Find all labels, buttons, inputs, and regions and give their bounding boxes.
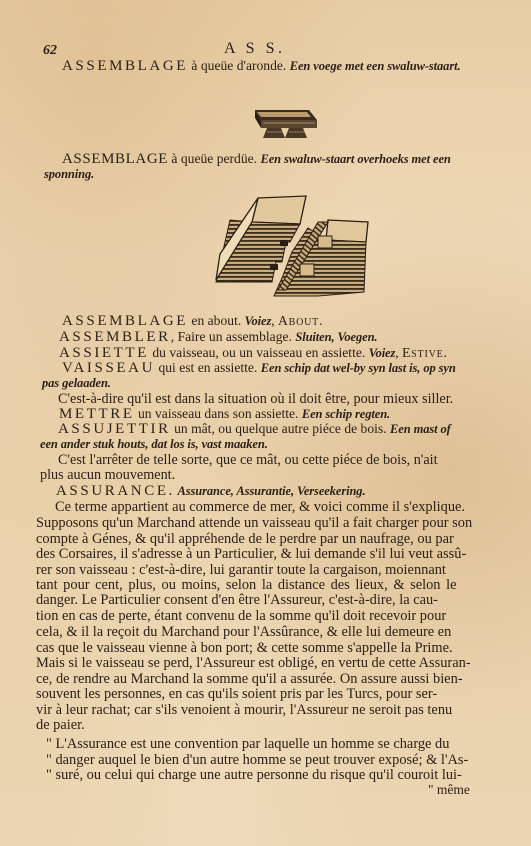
entry-headword: ASSEMBLER: [59, 329, 171, 345]
catchword: " même: [428, 782, 470, 798]
paragraph-line: Mais si le vaisseau se perd, l'Assureur …: [36, 655, 471, 671]
entry-dutch: Sluiten, Voegen.: [295, 330, 377, 344]
entry-headword: VAISSEAU: [62, 360, 155, 376]
paragraph-line: de paier.: [36, 717, 85, 733]
entry-explanation: C'est l'arrêter de telle sorte, que ce m…: [58, 452, 438, 468]
paragraph-line: des Corsaires, il s'adresse à un Particu…: [36, 546, 466, 562]
page-number: 62: [43, 43, 57, 59]
entry-dutch: Een schip dat wel-by syn last is, op syn: [261, 361, 456, 375]
entry-headword: ASSUJETTIR: [58, 421, 171, 437]
paragraph-line: cela, & il la reçoit du Marchand pour l'…: [36, 624, 451, 640]
entry-dutch: Voiez: [245, 314, 272, 328]
entry-assemblage-en-about: ASSEMBLAGE en about. Voiez, About.: [62, 313, 323, 329]
paragraph-line: cas que le vaisseau vienne à bon port; &…: [36, 640, 453, 656]
entry-vaisseau: VAISSEAU qui est en assiette. Een schip …: [62, 360, 456, 376]
quotation-line: " suré, ou celui qui charge une autre pe…: [46, 767, 462, 783]
entry-headword: ASSURANCE.: [56, 483, 175, 499]
entry-continuation: pas gelaaden.: [42, 375, 111, 391]
paragraph-line: rer son vaisseau : c'est-à-dire, lui gar…: [36, 562, 446, 578]
paragraph-line: vir à leur rachat; car s'ils venoient à …: [36, 702, 452, 718]
paragraph-line: tion en cas de perte, étant convenu de l…: [36, 608, 446, 624]
entry-french: à queüe d'aronde.: [188, 58, 290, 73]
entry-headword: ASSEMBLAGE: [62, 151, 168, 167]
dovetail-joint-engraving-icon: [253, 106, 319, 140]
entry-french: à queüe perdüe.: [168, 151, 260, 166]
quotation-line: " danger auquel le bien d'un autre homme…: [46, 752, 468, 768]
entry-headword: METTRE: [59, 406, 135, 422]
paragraph-line: Supposons qu'un Marchand attende un vais…: [36, 515, 472, 531]
entry-mettre: METTRE un vaisseau dans son assiette. Ee…: [59, 406, 390, 422]
running-head: A S S.: [224, 40, 285, 58]
paragraph-line: souvent les personnes, en cas qu'ils soi…: [36, 686, 437, 702]
entry-dutch: Assurance, Assurantie, Verseekering.: [175, 484, 366, 498]
entry-continuation: een ander stuk houts, dat los is, vast m…: [40, 436, 268, 452]
entry-french: en about.: [188, 313, 245, 328]
entry-continuation: sponning.: [44, 166, 94, 182]
entry-assujettir: ASSUJETTIR un mât, ou quelque autre piéc…: [58, 421, 451, 437]
entry-assemblage-queue-daronde: ASSEMBLAGE à queüe d'aronde. Een voege m…: [62, 58, 461, 74]
paragraph-line: danger. Le Particulier consent d'en être…: [36, 592, 438, 608]
entry-french: du vaisseau, ou un vaisseau en assiette.: [149, 345, 369, 360]
paragraph-line: compte à Génes, & qu'il appréhende de le…: [36, 531, 454, 547]
cross-reference-link[interactable]: Estive.: [402, 345, 448, 360]
entry-explanation-continuation: plus aucun mouvement.: [40, 467, 175, 483]
dictionary-page: 62 A S S. ASSEMBLAGE à queüe d'aronde. E…: [0, 0, 531, 846]
entry-dutch: Een swaluw-staart overhoeks met een: [260, 152, 450, 166]
entry-dutch: Een schip regten.: [302, 407, 390, 421]
entry-assiette: ASSIETTE du vaisseau, ou un vaisseau en …: [59, 345, 448, 361]
entry-assurance: ASSURANCE. Assurance, Assurantie, Versee…: [56, 483, 365, 499]
entry-headword: ASSIETTE: [59, 345, 149, 361]
hidden-dovetail-joint-engraving-icon: [210, 192, 370, 302]
entry-dutch: Een mast of: [390, 422, 451, 436]
entry-french: un mât, ou quelque autre piéce de bois.: [171, 421, 390, 436]
entry-explanation: C'est-à-dire qu'il est dans la situation…: [58, 391, 453, 407]
cross-reference-link[interactable]: About.: [278, 313, 323, 328]
paragraph-line: tant pour cent, plus, ou moins, selon la…: [36, 577, 456, 593]
entry-assemblage-queue-perdue: ASSEMBLAGE à queüe perdüe. Een swaluw-st…: [62, 151, 451, 167]
entry-dutch: Voiez: [369, 346, 396, 360]
quotation-line: " L'Assurance est une convention par laq…: [46, 736, 449, 752]
paragraph-line: ce, de rendre au Marchand la somme qu'il…: [36, 671, 463, 687]
entry-french: qui est en assiette.: [155, 360, 261, 375]
entry-dutch: Een voege met een swaluw-staart.: [290, 59, 461, 73]
entry-french: un vaisseau dans son assiette.: [135, 406, 302, 421]
entry-assembler: ASSEMBLER, Faire un assemblage. Sluiten,…: [59, 329, 377, 345]
entry-headword: ASSEMBLAGE: [62, 58, 188, 74]
paragraph-line: Ce terme appartient au commerce de mer, …: [55, 499, 465, 515]
entry-headword: ASSEMBLAGE: [62, 313, 188, 329]
entry-french: , Faire un assemblage.: [171, 329, 296, 344]
